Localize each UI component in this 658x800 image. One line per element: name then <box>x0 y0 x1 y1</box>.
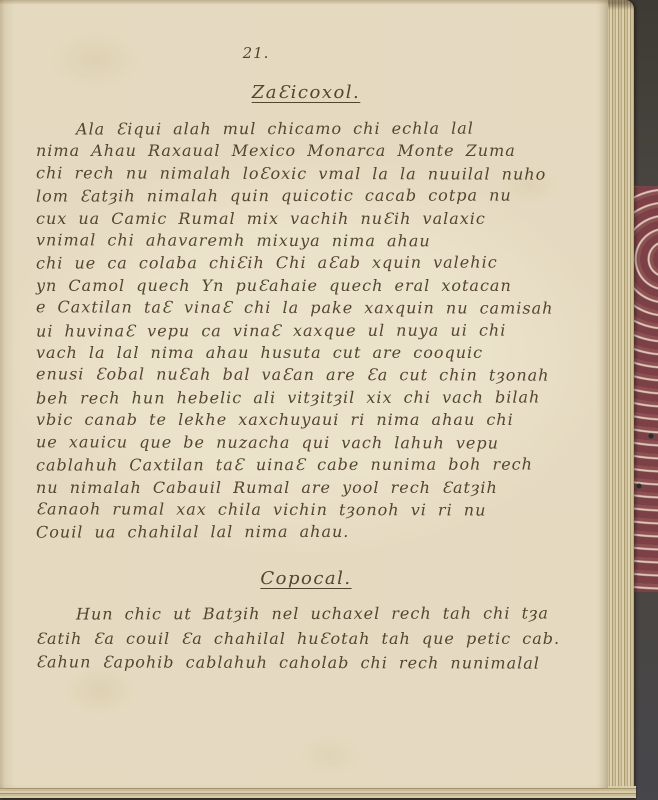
manuscript-line: Ɛahun Ɛapohib cablahuh caholab chi rech … <box>36 650 576 676</box>
manuscript-line: nima Ahau Raxaual Mexico Monarca Monte Z… <box>36 140 576 162</box>
manuscript-line: ui huvinaƐ vepu ca vinaƐ xaxque ul nuya … <box>36 319 576 343</box>
manuscript-line: yn Camol quech Yn puƐahaie quech eral xo… <box>36 275 576 297</box>
section-heading: Copocal. <box>36 568 576 589</box>
manuscript-line: beh rech hun hebelic ali vitȝitȝil xix c… <box>36 386 576 410</box>
manuscript-page: 21. ZaƐicoxol. Ala Ɛiqui alah mul chicam… <box>0 0 608 788</box>
manuscript-line: lom Ɛatȝih nimalah quin quicotic cacab c… <box>36 185 576 209</box>
book-photo: 21. ZaƐicoxol. Ala Ɛiqui alah mul chicam… <box>0 0 658 800</box>
manuscript-line: vnimal chi ahavaremh mixuya nima ahau <box>36 229 576 253</box>
page-edges-right <box>604 0 634 790</box>
manuscript-line: vbic canab te lekhe xaxchuyaui ri nima a… <box>36 409 576 431</box>
manuscript-line: Hun chic ut Batȝih nel uchaxel rech tah … <box>36 601 576 627</box>
section-heading: ZaƐicoxol. <box>36 82 576 103</box>
manuscript-line: chi rech nu nimalah loƐoxic vmal la la n… <box>36 162 576 186</box>
manuscript-line: Couil ua chahilal lal nima ahau. <box>36 521 576 545</box>
section-zakicoxol: ZaƐicoxol. Ala Ɛiqui alah mul chicamo ch… <box>36 82 576 544</box>
page-number: 21. <box>0 44 560 62</box>
manuscript-line: Ala Ɛiqui alah mul chicamo chi echla lal <box>36 117 576 141</box>
manuscript-line: vach la lal nima ahau husuta cut are coo… <box>36 342 576 364</box>
manuscript-line: Ɛatih Ɛa couil Ɛa chahilal huƐotah tah q… <box>36 627 576 652</box>
manuscript-line: e Caxtilan taƐ vinaƐ chi la pake xaxquin… <box>36 297 576 321</box>
manuscript-line: chi ue ca colaba chiƐih Chi aƐab xquin v… <box>36 252 576 276</box>
manuscript-line: Ɛanaoh rumal xax chila vichin tȝonoh vi … <box>36 498 576 522</box>
manuscript-line: nu nimalah Cabauil Rumal are yool rech Ɛ… <box>36 477 576 499</box>
section-body: Ala Ɛiqui alah mul chicamo chi echla lal… <box>36 118 576 544</box>
manuscript-line: enusi Ɛobal nuƐah bal vaƐan are Ɛa cut c… <box>36 364 576 388</box>
manuscript-line: ue xauicu que be nuzacha qui vach lahuh … <box>36 431 576 455</box>
manuscript-line: cux ua Camic Rumal mix vachih nuƐih vala… <box>36 208 576 230</box>
manuscript-line: cablahuh Caxtilan taƐ uinaƐ cabe nunima … <box>36 454 576 478</box>
section-body: Hun chic ut Batȝih nel uchaxel rech tah … <box>36 602 576 676</box>
section-copocal: Copocal. Hun chic ut Batȝih nel uchaxel … <box>36 568 576 676</box>
marbled-endpaper <box>631 186 658 592</box>
